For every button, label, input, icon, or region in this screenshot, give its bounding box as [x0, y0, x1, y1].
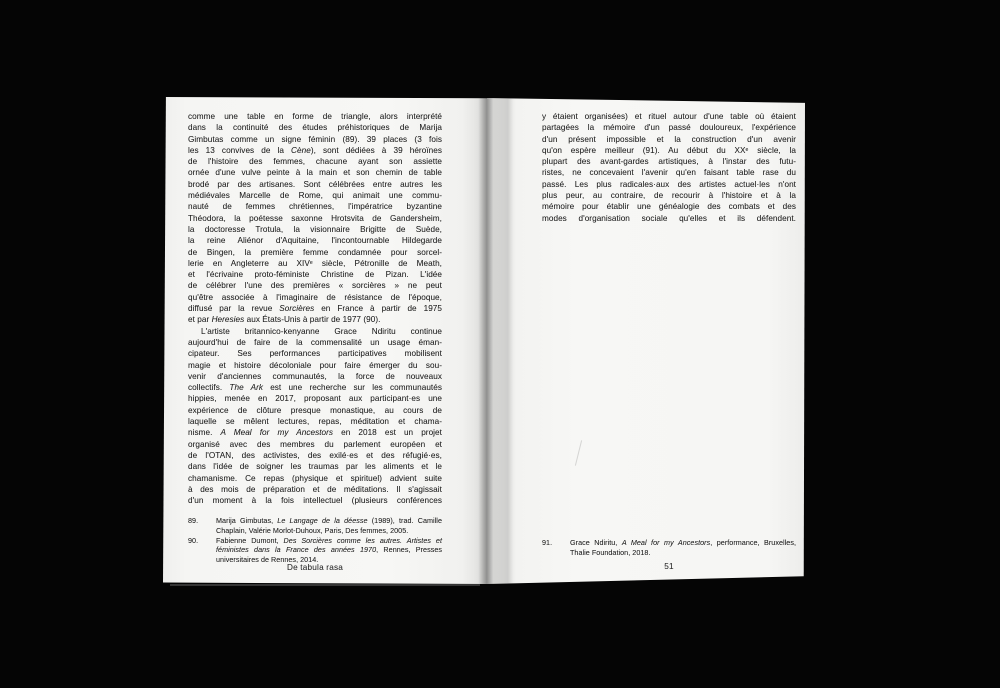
text-line: brodé par des artisanes. Sont célébrées …: [188, 179, 442, 190]
text-line: ristes, ne concevaient l'avenir qu'en fa…: [542, 167, 796, 178]
text-line: y étaient organisées) et rituel autour d…: [542, 111, 796, 122]
text-line: qu'être associée à l'imaginaire de résis…: [188, 292, 442, 303]
text-line: plupart des avant-gardes artistiques, à …: [542, 156, 796, 167]
photo-background: comme une table en forme de triangle, al…: [0, 0, 1000, 688]
footnote-text: Fabienne Dumont, Des Sorcières comme les…: [216, 536, 442, 565]
right-page-footnotes: 91.Grace Ndiritu, A Meal for my Ancestor…: [542, 538, 796, 558]
text-line: les 13 convives de la Cène), sont dédiée…: [188, 145, 442, 156]
text-line: médiévales Marcelle de Rome, qui animait…: [188, 190, 442, 201]
text-line: dans l'idée de soigner les traumas par l…: [188, 461, 442, 472]
text-line: de l'OTAN, des activistes, des exilé·es …: [188, 450, 442, 461]
text-line: mémoire pour établir une généalogie des …: [542, 201, 796, 212]
footnote-number: 91.: [542, 538, 570, 558]
text-line: de Bingen, la première femme condamnée p…: [188, 247, 442, 258]
text-line: magie et histoire décoloniale pour faire…: [188, 360, 442, 371]
running-footer: De tabula rasa: [188, 563, 442, 572]
text-line: expérience de clôture presque monastique…: [188, 405, 442, 416]
footnote: 90.Fabienne Dumont, Des Sorcières comme …: [188, 536, 442, 565]
text-line: nauté de femmes chrétiennes, l'impératri…: [188, 201, 442, 212]
page-stack-edge: [170, 584, 480, 586]
text-line: la doctoresse Trotula, la visionnaire Br…: [188, 224, 442, 235]
text-line: d'un présent impossible et la constructi…: [542, 134, 796, 145]
text-line: plus peur, au contraire, de recourir à l…: [542, 190, 796, 201]
text-line: dans la continuité des études préhistori…: [188, 122, 442, 133]
text-line: passé. Les plus radicales·aux des artist…: [542, 179, 796, 190]
footnote: 89.Marija Gimbutas, Le Langage de la dée…: [188, 516, 442, 536]
right-page-text-column: y étaient organisées) et rituel autour d…: [542, 111, 796, 224]
footnote-text: Marija Gimbutas, Le Langage de la déesse…: [216, 516, 442, 536]
text-line: comme une table en forme de triangle, al…: [188, 111, 442, 122]
footnote: 91.Grace Ndiritu, A Meal for my Ancestor…: [542, 538, 796, 558]
text-line: modes d'organisation sociale qu'elles et…: [542, 213, 796, 224]
text-line: venir d'anciennes communautés, la force …: [188, 371, 442, 382]
text-line: qu'on espère meilleur (91). Au début du …: [542, 145, 796, 156]
text-line: collectifs. The Ark est une recherche su…: [188, 382, 442, 393]
text-line: de l'histoire des femmes, chacune ayant …: [188, 156, 442, 167]
text-line: organisé avec des membres du parlement e…: [188, 439, 442, 450]
text-line: et par Heresies aux États-Unis à partir …: [188, 314, 442, 325]
book-page-left: comme une table en forme de triangle, al…: [163, 97, 487, 584]
page-number: 51: [542, 562, 796, 571]
text-line: laquelle se mêlent lectures, repas, médi…: [188, 416, 442, 427]
text-line: cipateur. Ses performances participative…: [188, 348, 442, 359]
text-line: aujourd'hui de faire de la commensalité …: [188, 337, 442, 348]
text-line: diffusé par la revue Sorcières en France…: [188, 303, 442, 314]
left-page-text-column: comme une table en forme de triangle, al…: [188, 111, 442, 506]
text-line: L'artiste britannico-kenyanne Grace Ndir…: [188, 326, 442, 337]
text-line: hippies, menée en 2017, proposant aux pa…: [188, 393, 442, 404]
text-line: à des mois de préparation et de méditati…: [188, 484, 442, 495]
footnote-number: 89.: [188, 516, 216, 536]
text-line: ornée d'une vulve peinte à la main et so…: [188, 167, 442, 178]
text-line: la reine Aliénor d'Aquitaine, l'incontou…: [188, 235, 442, 246]
text-line: et l'écrivaine proto-féministe Christine…: [188, 269, 442, 280]
footnote-text: Grace Ndiritu, A Meal for my Ancestors, …: [570, 538, 796, 558]
left-page-footnotes: 89.Marija Gimbutas, Le Langage de la dée…: [188, 516, 442, 565]
footnote-number: 90.: [188, 536, 216, 565]
book-page-right: y étaient organisées) et rituel autour d…: [487, 98, 805, 584]
text-line: nisme. A Meal for my Ancestors en 2018 e…: [188, 427, 442, 438]
text-line: partagées la mémoire d'un passé douloure…: [542, 122, 796, 133]
text-line: de célébrer l'une des premières « sorciè…: [188, 280, 442, 291]
text-line: Théodora, la poétesse saxonne Hrotsvita …: [188, 213, 442, 224]
text-line: lerie en Angleterre au XIVe siècle, Pétr…: [188, 258, 442, 269]
text-line: chamanisme. Ce repas (physique et spirit…: [188, 473, 442, 484]
text-line: d'un moment à la fois intellectuel (plus…: [188, 495, 442, 506]
text-line: Gimbutas comme un signe féminin (89). 39…: [188, 134, 442, 145]
